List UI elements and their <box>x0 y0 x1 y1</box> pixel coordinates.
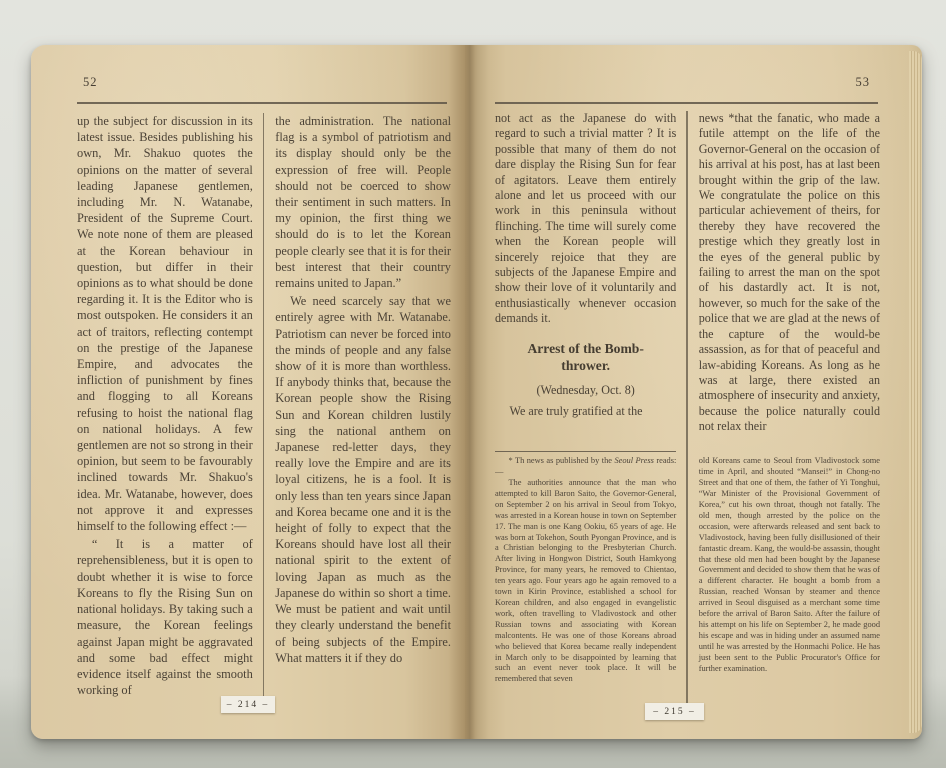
article-heading-line2: thrower. <box>561 358 610 373</box>
folio-label-215: – 215 – <box>645 703 704 720</box>
footnote-paragraph: old Koreans came to Seoul from Vladivost… <box>699 456 880 674</box>
page53-col2-main: news *that the fanatic, who made a futil… <box>699 111 880 447</box>
footnote-paragraph: The authorities announce that the man wh… <box>495 478 676 685</box>
page53-col1-main: not act as the Japanese do with regard t… <box>495 111 676 447</box>
page-53: 53 not act as the Japanese do with regar… <box>465 45 922 739</box>
paragraph: We are truly gratified at the <box>495 404 676 419</box>
article-heading: Arrest of the Bomb- thrower. <box>495 340 676 374</box>
page53-column-2: news *that the fanatic, who made a futil… <box>688 111 880 711</box>
header-rule-right-page <box>495 102 878 104</box>
article-heading-line1: Arrest of the Bomb- <box>527 341 643 356</box>
page-edges <box>909 51 922 733</box>
footnote-rule <box>495 451 676 452</box>
folio-label-214: – 214 – <box>221 696 275 713</box>
column-divider <box>263 113 264 703</box>
footnote-column-1: * Th news as published by the Seoul Pres… <box>495 451 676 685</box>
footnote-intro: * Th news as published by the Seoul Pres… <box>495 456 676 478</box>
folio-number: – 214 – <box>227 700 270 710</box>
page-52: 52 up the subject for discussion in its … <box>31 45 465 739</box>
page53-column-1: not act as the Japanese do with regard t… <box>495 111 686 711</box>
footnote-source-name: Seoul Press <box>614 456 653 465</box>
paragraph: “ It is a matter of reprehensibleness, b… <box>77 536 253 698</box>
page-number-52: 52 <box>83 75 98 90</box>
paragraph: news *that the fanatic, who made a futil… <box>699 111 880 435</box>
footnote-column-2: old Koreans came to Seoul from Vladivost… <box>699 447 880 675</box>
folio-number: – 215 – <box>653 707 696 717</box>
paragraph: the administration. The national flag is… <box>275 113 451 291</box>
header-rule-left-page <box>77 102 447 104</box>
article-dateline: (Wednesday, Oct. 8) <box>495 383 676 398</box>
paragraph: We need scarcely say that we entirely ag… <box>275 293 451 666</box>
footnote-spacer <box>699 447 880 456</box>
paragraph: up the subject for discussion in its lat… <box>77 113 253 534</box>
paragraph: not act as the Japanese do with regard t… <box>495 111 676 327</box>
open-book: 52 up the subject for discussion in its … <box>31 45 922 739</box>
page-number-53: 53 <box>856 75 871 90</box>
page52-column-1: up the subject for discussion in its lat… <box>77 113 263 703</box>
column-divider <box>686 111 687 711</box>
footnote-intro-text: * Th news as published by the <box>508 456 614 465</box>
page52-column-2: the administration. The national flag is… <box>264 113 451 703</box>
